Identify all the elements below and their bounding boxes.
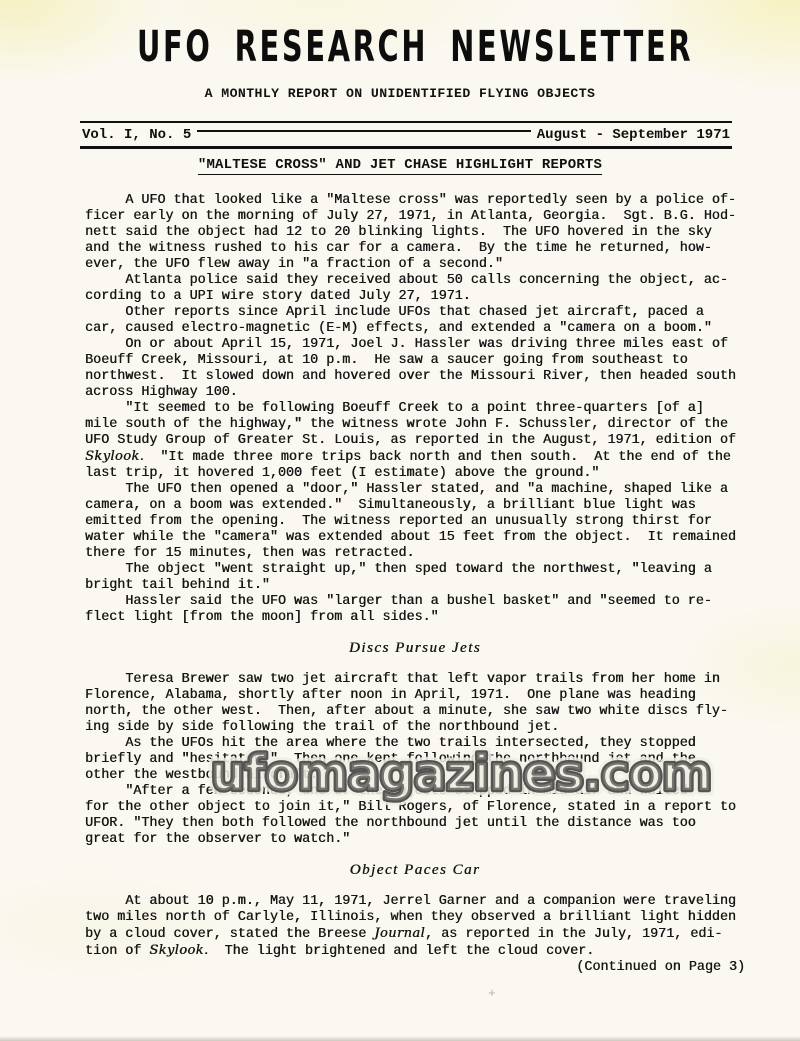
paragraph: On or about April 15, 1971, Joel J. Hass… [85, 337, 745, 401]
paragraph: "It seemed to be following Boeuff Creek … [85, 401, 745, 482]
body-text: "After a few seconds, one of the objects… [85, 784, 736, 847]
masthead: Vol. I, No. 5 August - September 1971 [80, 121, 732, 149]
paragraph: At about 10 p.m., May 11, 1971, Jerrel G… [85, 894, 745, 960]
body-text: "It seemed to be following Boeuff Creek … [85, 401, 736, 448]
article-headline: "MALTESE CROSS" AND JET CHASE HIGHLIGHT … [198, 157, 602, 175]
body-text: A UFO that looked like a "Maltese cross"… [85, 193, 736, 272]
headline-row: "MALTESE CROSS" AND JET CHASE HIGHLIGHT … [0, 155, 800, 175]
paragraph: The UFO then opened a "door," Hassler st… [85, 482, 745, 562]
italic-text: Journal [374, 926, 425, 941]
section-heading: Object Paces Car [85, 862, 745, 878]
continued-note: (Continued on Page 3) [85, 960, 745, 976]
paragraph: Hassler said the UFO was "larger than a … [85, 594, 745, 626]
body-text: The object "went straight up," then sped… [85, 562, 712, 593]
body-text: Other reports since April include UFOs t… [85, 305, 712, 336]
issue-date: August - September 1971 [537, 127, 730, 143]
newsletter-page: UFO RESEARCH NEWSLETTER A MONTHLY REPORT… [0, 0, 800, 1041]
newsletter-title-text: UFO RESEARCH NEWSLETTER [137, 22, 693, 72]
section-heading: Discs Pursue Jets [85, 640, 745, 656]
article-body: A UFO that looked like a "Maltese cross"… [85, 193, 745, 976]
scan-artifact-plus: + [488, 986, 496, 1001]
paragraph: Other reports since April include UFOs t… [85, 305, 745, 337]
body-text: "It made three more trips back north and… [85, 450, 731, 481]
body-text: Hassler said the UFO was "larger than a … [85, 594, 712, 625]
italic-text: Skylook. [85, 449, 144, 464]
paragraph: A UFO that looked like a "Maltese cross"… [85, 193, 745, 273]
paragraph: As the UFOs hit the area where the two t… [85, 736, 745, 784]
volume-issue: Vol. I, No. 5 [82, 127, 191, 143]
body-text: The light brightened and left the cloud … [208, 944, 594, 959]
paragraph: "After a few seconds, one of the objects… [85, 784, 745, 848]
paragraph: The object "went straight up," then sped… [85, 562, 745, 594]
newsletter-subtitle: A MONTHLY REPORT ON UNIDENTIFIED FLYING … [0, 86, 800, 101]
body-text: As the UFOs hit the area where the two t… [85, 736, 696, 783]
paragraph: Atlanta police said they received about … [85, 273, 745, 305]
italic-text: Skylook. [149, 943, 208, 958]
body-text: Atlanta police said they received about … [85, 273, 728, 304]
body-text: On or about April 15, 1971, Joel J. Hass… [85, 337, 736, 400]
masthead-divider [197, 130, 531, 132]
newsletter-title: UFO RESEARCH NEWSLETTER [0, 22, 800, 72]
body-text: Teresa Brewer saw two jet aircraft that … [85, 672, 728, 735]
paragraph: Teresa Brewer saw two jet aircraft that … [85, 672, 745, 736]
body-text: The UFO then opened a "door," Hassler st… [85, 482, 736, 561]
